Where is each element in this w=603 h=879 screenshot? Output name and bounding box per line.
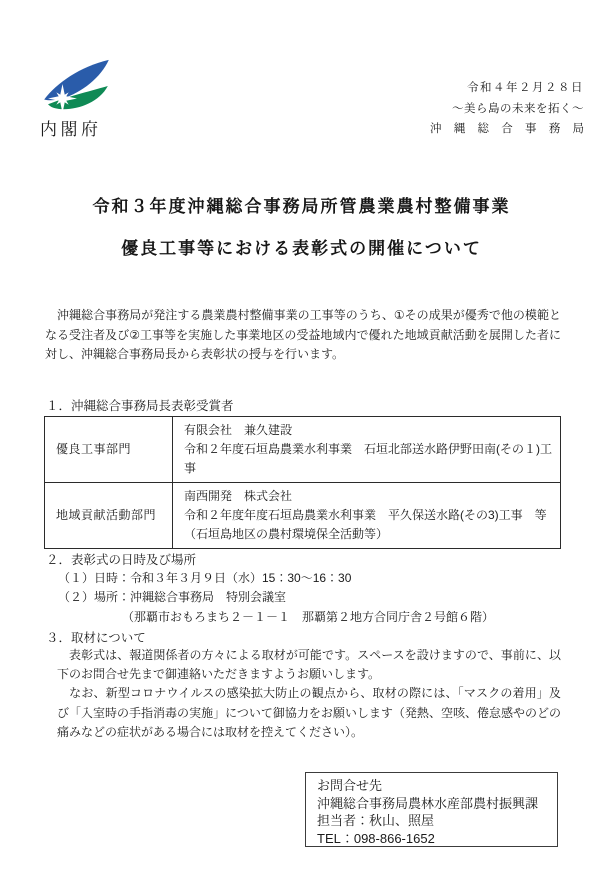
contact-box: お問合せ先 沖縄総合事務局農林水産部農村振興課 担当者：秋山、照屋 TEL：09… (305, 772, 558, 847)
covid-precaution-paragraph: なお、新型コロナウイルスの感染拡大防止の観点から、取材の際には、「マスクの着用」… (57, 684, 561, 742)
contact-person: 担当者：秋山、照屋 (317, 812, 547, 830)
intro-paragraph: 沖縄総合事務局が発注する農業農村整備事業の工事等のうち、①その成果が優秀で他の模… (45, 306, 561, 365)
award-category-cell: 地域貢献活動部門 (45, 483, 173, 549)
table-row-excellent-construction: 優良工事部門 有限会社 兼久建設 令和２年度石垣島農業水利事業 石垣北部送水路伊… (45, 417, 561, 483)
ceremony-place: （２）場所：沖縄総合事務局 特別会議室 (58, 588, 494, 607)
award-category-cell: 優良工事部門 (45, 417, 173, 483)
section2-heading: ２．表彰式の日時及び場所 (46, 550, 196, 568)
award-detail-cell: 有限会社 兼久建設 令和２年度石垣島農業水利事業 石垣北部送水路伊野田南(その１… (173, 417, 561, 483)
issue-date: 令和４年２月２８日 (430, 78, 584, 99)
document-title: 令和３年度沖縄総合事務局所管農業農村整備事業 優良工事等における表彰式の開催につ… (0, 186, 603, 270)
section2-body: （１）日時：令和３年３月９日（水）15：30～16：30 （２）場所：沖縄総合事… (58, 569, 494, 627)
contact-tel: TEL：098-866-1652 (317, 830, 547, 848)
cabinet-office-leaf-icon (40, 58, 112, 112)
award-project: 令和２年度石垣島農業水利事業 石垣北部送水路伊野田南(その１)工事 (184, 440, 552, 478)
award-recipient: 南西開発 株式会社 (184, 487, 552, 506)
section3-body: 表彰式は、報道関係者の方々による取材が可能です。スペースを設けますので、事前に、… (57, 646, 561, 742)
section1-heading: １．沖縄総合事務局長表彰受賞者 (46, 396, 234, 414)
press-coverage-paragraph: 表彰式は、報道関係者の方々による取材が可能です。スペースを設けますので、事前に、… (57, 646, 561, 684)
title-line-1: 令和３年度沖縄総合事務局所管農業農村整備事業 (0, 186, 603, 228)
office-slogan: ～美ら島の未来を拓く～ (430, 99, 584, 120)
award-winners-table: 優良工事部門 有限会社 兼久建設 令和２年度石垣島農業水利事業 石垣北部送水路伊… (44, 416, 561, 549)
table-row-community-contribution: 地域貢献活動部門 南西開発 株式会社 令和２年度年度石垣島農業水利事業 平久保送… (45, 483, 561, 549)
ceremony-datetime: （１）日時：令和３年３月９日（水）15：30～16：30 (58, 569, 494, 588)
award-recipient: 有限会社 兼久建設 (184, 421, 552, 440)
award-activity-note: （石垣島地区の農村環境保全活動等） (184, 525, 552, 544)
issuing-office-name: 沖縄総合事務局 (430, 119, 584, 140)
award-detail-cell: 南西開発 株式会社 令和２年度年度石垣島農業水利事業 平久保送水路(その3)工事… (173, 483, 561, 549)
award-project: 令和２年度年度石垣島農業水利事業 平久保送水路(その3)工事 等 (184, 506, 552, 525)
venue-address: （那覇市おもろまち２－１－１ 那覇第２地方合同庁舎２号館６階） (58, 608, 494, 627)
document-page: 内閣府 令和４年２月２８日 ～美ら島の未来を拓く～ 沖縄総合事務局 令和３年度沖… (0, 0, 603, 879)
contact-division: 沖縄総合事務局農林水産部農村振興課 (317, 795, 547, 813)
header-meta: 令和４年２月２８日 ～美ら島の未来を拓く～ 沖縄総合事務局 (430, 78, 584, 140)
title-line-2: 優良工事等における表彰式の開催について (0, 228, 603, 270)
cabinet-office-logo: 内閣府 (40, 58, 130, 140)
section3-heading: ３．取材について (46, 628, 146, 646)
logo-org-name: 内閣府 (40, 115, 130, 140)
contact-label: お問合せ先 (317, 777, 547, 795)
